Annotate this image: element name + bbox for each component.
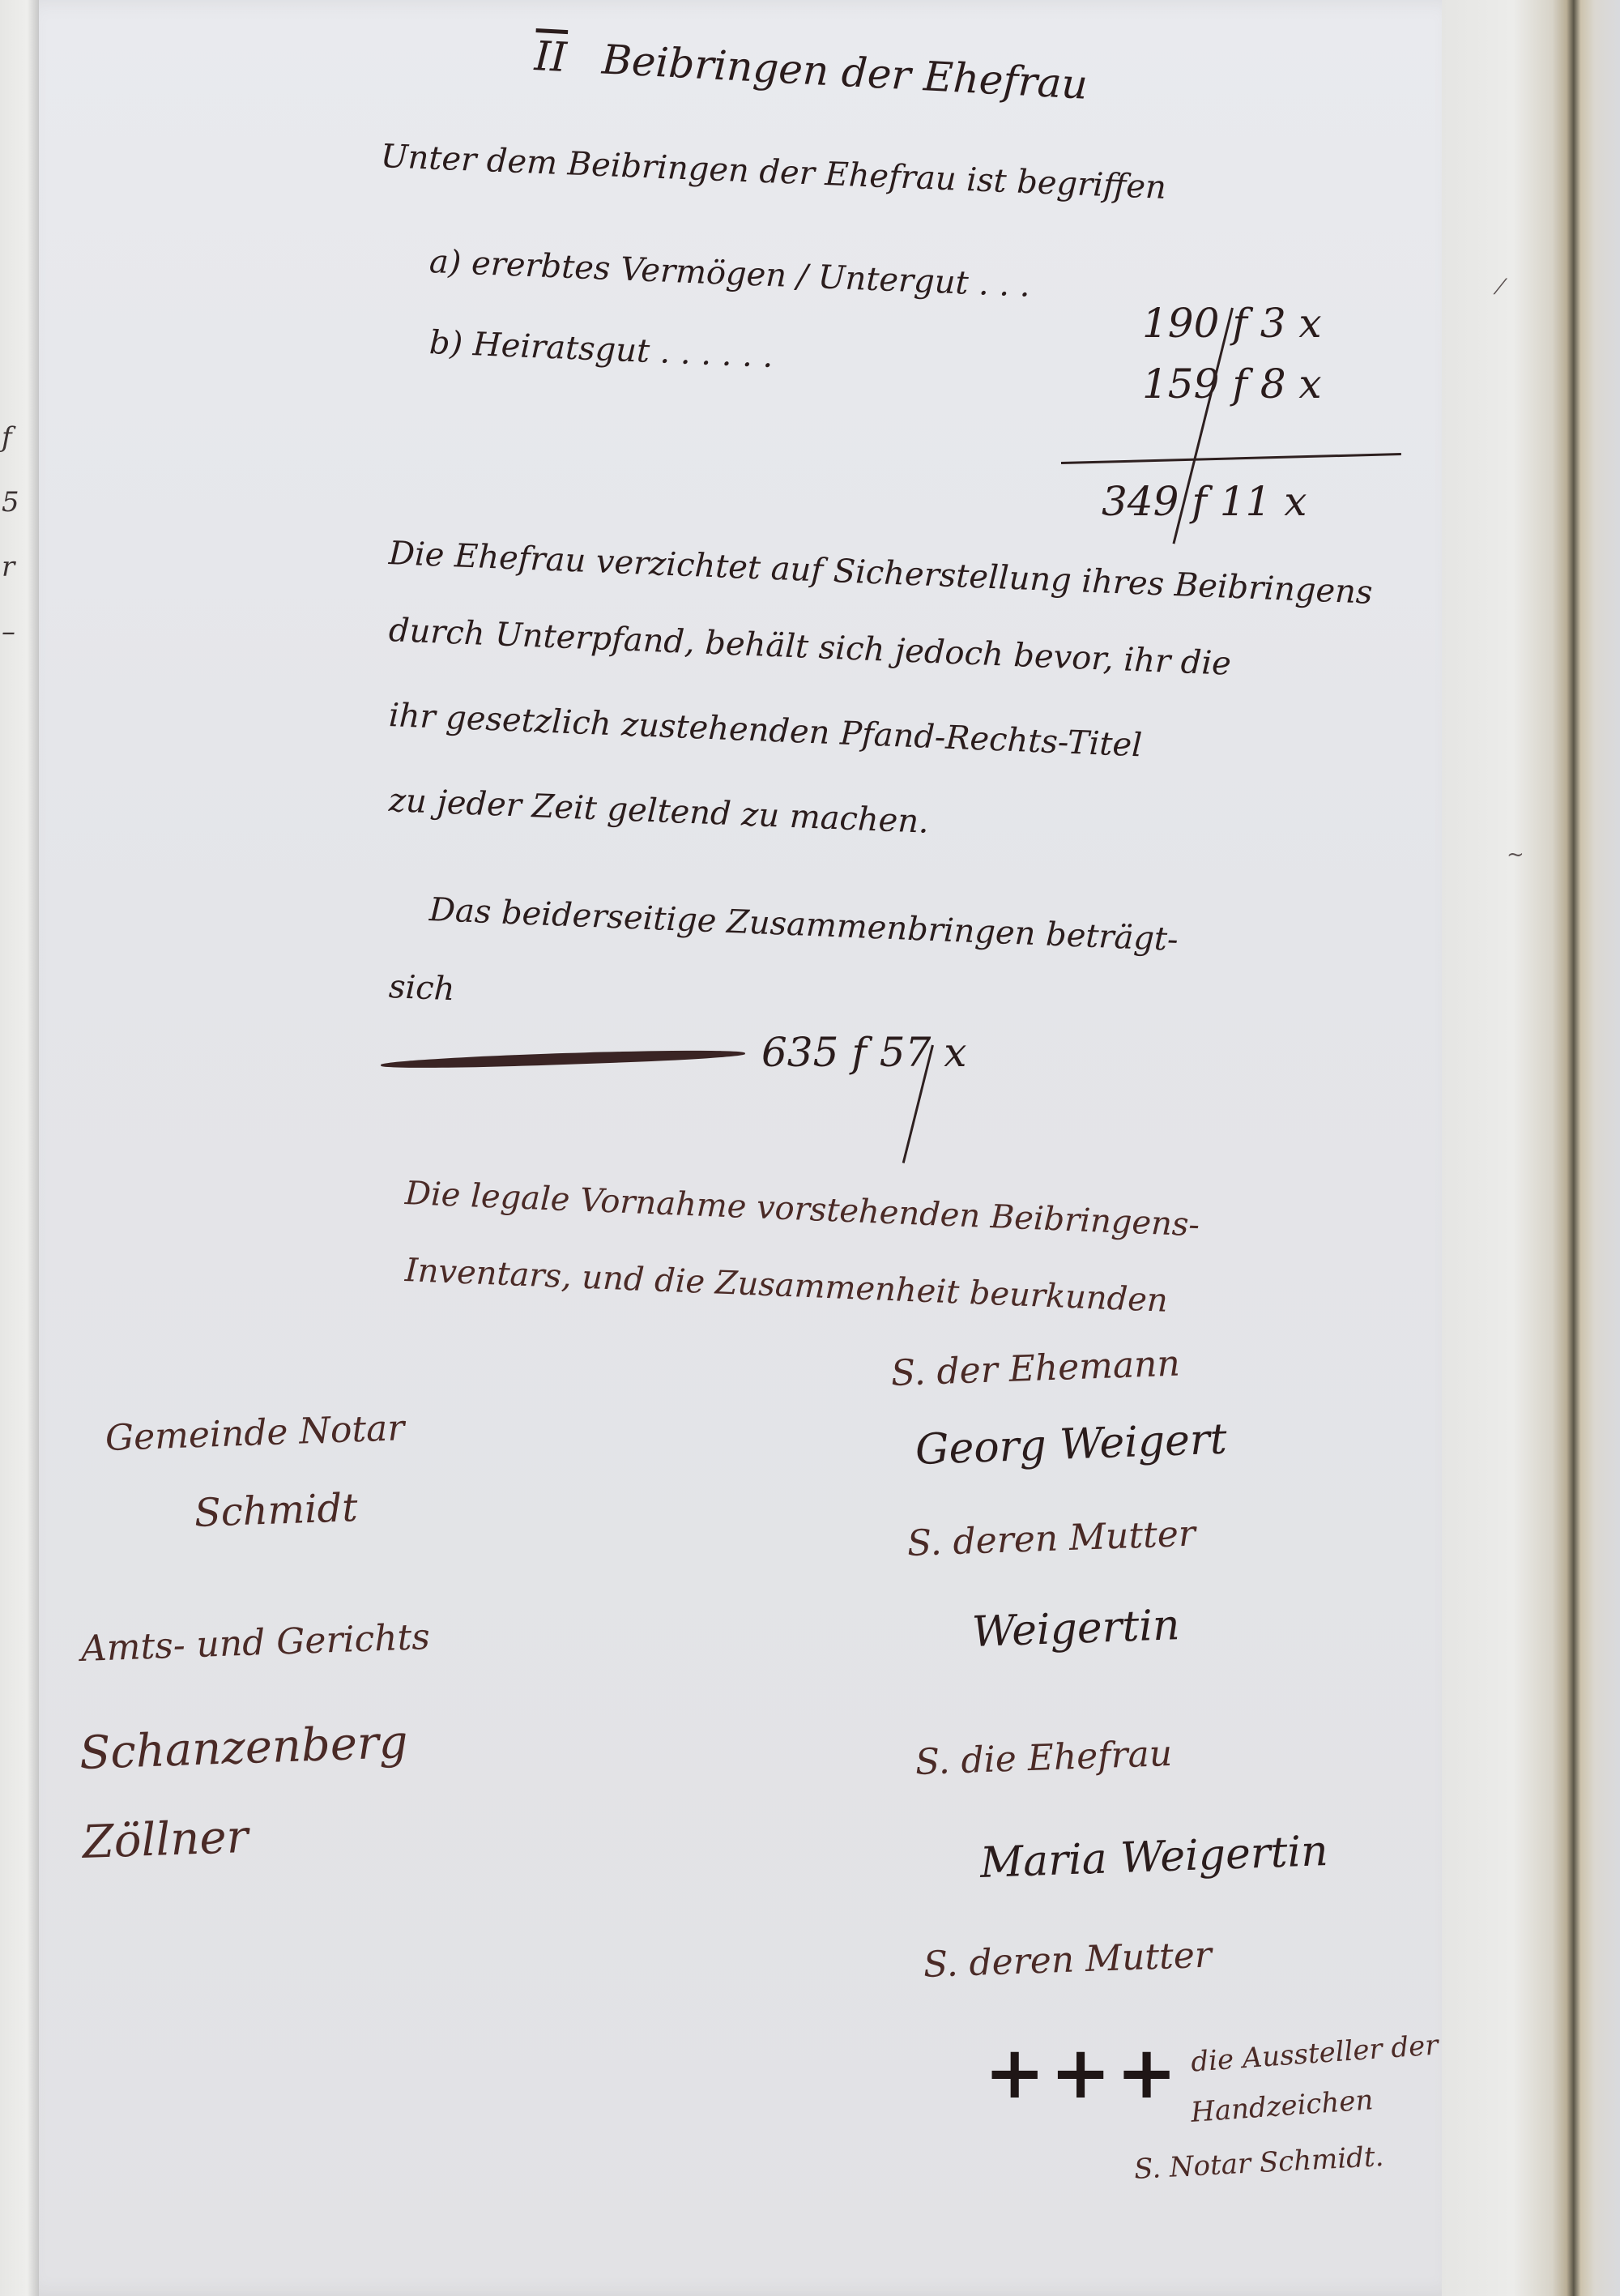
margin-mark: f bbox=[2, 421, 34, 454]
signature-name: Schmidt bbox=[194, 1485, 358, 1536]
left-margin-marks: f 5 r – bbox=[2, 421, 34, 681]
signature-name: Schanzenberg Zöllner bbox=[78, 1695, 505, 1888]
signature-name: Weigertin bbox=[971, 1601, 1180, 1657]
margin-mark: r bbox=[2, 551, 34, 583]
item-a-amount: 190 f 3 x bbox=[1142, 300, 1322, 347]
handmark-crosses: +++ bbox=[984, 2029, 1182, 2115]
margin-mark: – bbox=[2, 616, 34, 648]
bleed-mark: ~ bbox=[1507, 843, 1524, 867]
section-number: II bbox=[533, 32, 567, 81]
margin-mark: 5 bbox=[2, 486, 34, 519]
underlying-pages-edge: ⁄ ~ bbox=[1442, 0, 1620, 2296]
item-b-amount: 159 f 8 x bbox=[1142, 361, 1322, 408]
paragraph-2-line: sich bbox=[388, 968, 455, 1008]
document-photo: f 5 r – ⁄ ~ II Beibringen der Ehefrau Un… bbox=[0, 0, 1620, 2296]
left-page-edge: f 5 r – bbox=[0, 0, 40, 2296]
bleed-mark: ⁄ bbox=[1498, 275, 1502, 300]
grand-total: 635 f 57 x bbox=[761, 1029, 966, 1076]
subtotal-amount: 349 f 11 x bbox=[1102, 478, 1307, 525]
